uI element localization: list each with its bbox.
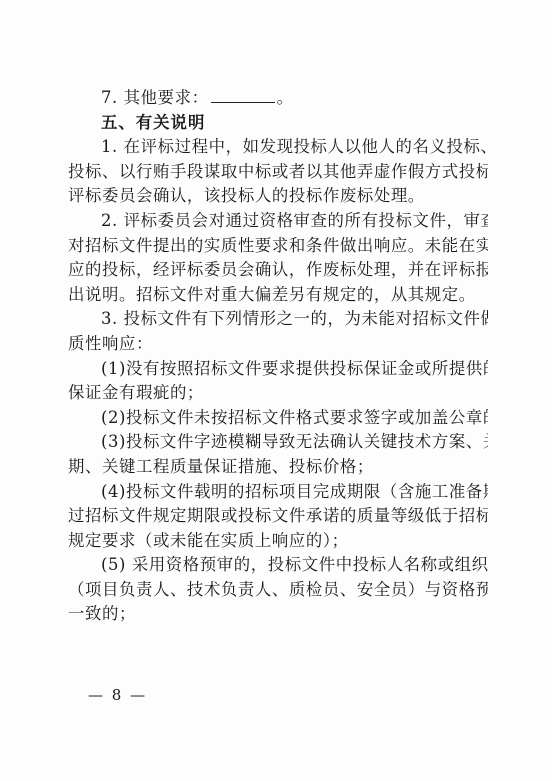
item-7-label: 7. 其他要求： (101, 88, 209, 107)
paragraph-1-line-2: 投标、以行贿手段谋取中标或者以其他弄虚作假方式投标的，经 (68, 160, 488, 185)
clause-1-line-1: (1)没有按照招标文件要求提供投标保证金或所提供的投标 (68, 357, 488, 382)
clause-4-line-1: (4)投标文件载明的招标项目完成期限（含施工准备期）超 (68, 480, 488, 505)
item-7-suffix: 。 (277, 88, 294, 107)
clause-3-line-2: 期、关键工程质量保证措施、投标价格； (68, 455, 488, 480)
item-7-other-requirements: 7. 其他要求：。 (68, 86, 488, 111)
page-number: — 8 — (88, 686, 147, 704)
document-body: 7. 其他要求：。 五、有关说明 1. 在评标过程中，如发现投标人以他人的名义投… (68, 86, 488, 627)
clause-5-line-3: 一致的； (68, 602, 488, 627)
clause-2: (2)投标文件未按招标文件格式要求签字或加盖公章的； (68, 406, 488, 431)
paragraph-1-line-3: 评标委员会确认，该投标人的投标作废标处理。 (68, 184, 488, 209)
document-page: 7. 其他要求：。 五、有关说明 1. 在评标过程中，如发现投标人以他人的名义投… (0, 0, 552, 781)
paragraph-1-line-1: 1. 在评标过程中，如发现投标人以他人的名义投标、串通 (68, 135, 488, 160)
paragraph-2-line-1: 2. 评标委员会对通过资格审查的所有投标文件，审查是否 (68, 209, 488, 234)
section-5-heading: 五、有关说明 (68, 111, 488, 136)
clause-4-line-2: 过招标文件规定期限或投标文件承诺的质量等级低于招标文件 (68, 504, 488, 529)
clause-5-line-2: （项目负责人、技术负责人、质检员、安全员）与资格预审时不 (68, 578, 488, 603)
fill-in-blank (211, 88, 275, 103)
paragraph-3-line-1: 3. 投标文件有下列情形之一的，为未能对招标文件做出实 (68, 307, 488, 332)
clause-1-line-2: 保证金有瑕疵的； (68, 381, 488, 406)
clause-3-line-1: (3)投标文件字迹模糊导致无法确认关键技术方案、关键工 (68, 430, 488, 455)
paragraph-2-line-3: 应的投标，经评标委员会确认，作废标处理，并在评标报告中做 (68, 258, 488, 283)
clause-5-line-1: (5) 采用资格预审的，投标文件中投标人名称或组织结构 (68, 553, 488, 578)
paragraph-3-line-2: 质性响应： (68, 332, 488, 357)
paragraph-2-line-4: 出说明。招标文件对重大偏差另有规定的，从其规定。 (68, 283, 488, 308)
clause-4-line-3: 规定要求（或未能在实质上响应的）； (68, 529, 488, 554)
paragraph-2-line-2: 对招标文件提出的实质性要求和条件做出响应。未能在实质上响 (68, 234, 488, 259)
